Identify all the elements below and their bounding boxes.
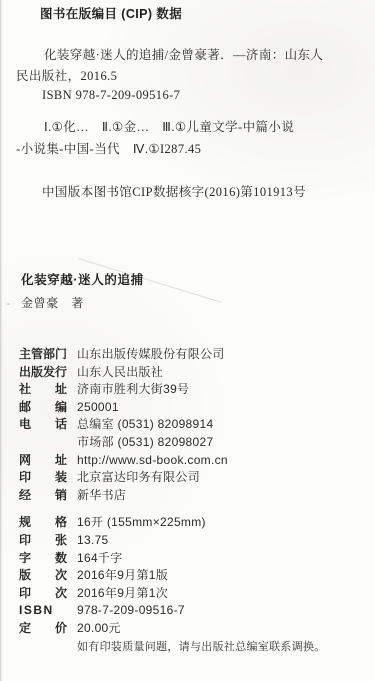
colophon-row-label: 规格 — [19, 514, 67, 532]
cip-isbn-line: ISBN 978-7-209-09516-7 — [42, 88, 180, 103]
colophon-row: 印张 13.75 — [19, 532, 364, 550]
colophon-row-label: 版次 — [19, 567, 67, 585]
print-spec-block: 规格 16开 (155mm×225mm) 印张 13.75 字数 164千字 版… — [19, 514, 364, 637]
cip-record-line1: 化装穿越·迷人的追捕/金曾豪著．—济南：山东人 — [44, 48, 323, 63]
colophon-row-label: 经销 — [19, 487, 67, 505]
scan-speck-artifact — [7, 303, 10, 305]
colophon-row-value: http://www.sd-book.com.cn — [77, 452, 228, 470]
colophon-row-label: 主管部门 — [19, 346, 67, 364]
colophon-row-label: 网址 — [19, 452, 67, 470]
colophon-row: 印装 北京富达印务有限公司 — [19, 469, 364, 487]
colophon-row-value: 山东人民出版社 — [77, 364, 163, 382]
colophon-row-label: 印张 — [19, 532, 67, 550]
colophon-row: 出版发行 山东人民出版社 — [19, 364, 364, 382]
colophon-row-label: 邮编 — [19, 399, 67, 417]
colophon-row: 市场部 (0531) 82098027 — [19, 434, 364, 452]
colophon-row-label: 出版发行 — [19, 364, 67, 382]
colophon-row-value: 山东出版传媒股份有限公司 — [77, 346, 225, 364]
colophon-row-label: 电话 — [19, 416, 67, 434]
colophon-row: ISBN 978-7-209-09516-7 — [19, 602, 364, 620]
colophon-row-value: 20.00元 — [77, 620, 121, 638]
colophon-row: 电话 总编室 (0531) 82098914 — [19, 416, 364, 434]
cip-classification-line2: -小说集-中国-当代 Ⅳ.①I287.45 — [16, 142, 201, 157]
colophon-row-label: 字数 — [19, 550, 67, 568]
colophon-row: 邮编 250001 — [19, 399, 364, 417]
publisher-block: 主管部门 山东出版传媒股份有限公司 出版发行 山东人民出版社 社址 济南市胜利大… — [19, 346, 364, 504]
colophon-row-value: 2016年9月第1版 — [77, 567, 168, 585]
colophon-row-value: 164千字 — [77, 550, 123, 568]
colophon-row-value: 250001 — [77, 399, 119, 417]
colophon: 主管部门 山东出版传媒股份有限公司 出版发行 山东人民出版社 社址 济南市胜利大… — [19, 346, 364, 638]
colophon-row: 版次 2016年9月第1版 — [19, 567, 364, 585]
colophon-row: 社址 济南市胜利大街39号 — [19, 381, 364, 399]
colophon-row-value: 总编室 (0531) 82098914 — [77, 416, 213, 434]
colophon-row-value: 北京富达印务有限公司 — [77, 469, 200, 487]
colophon-row: 定价 20.00元 — [19, 620, 364, 638]
colophon-row-label: 印装 — [19, 469, 67, 487]
book-title: 化装穿越·迷人的追捕 — [21, 270, 144, 288]
cip-registry-number: 中国版本图书馆CIP数据核字(2016)第101913号 — [42, 185, 306, 200]
print-quality-note: 如有印装质量问题，请与出版社总编室联系调换。 — [77, 638, 326, 654]
scan-edge-artifact — [0, 0, 3, 681]
colophon-row: 印次 2016年9月第1次 — [19, 585, 364, 603]
cip-header: 图书在版编目 (CIP) 数据 — [40, 7, 182, 22]
colophon-row-value: 济南市胜利大街39号 — [77, 381, 189, 399]
colophon-row-label: 社址 — [19, 381, 67, 399]
colophon-row: 字数 164千字 — [19, 550, 364, 568]
colophon-row-value: 978-7-209-09516-7 — [77, 602, 185, 620]
colophon-row-value: 13.75 — [77, 532, 109, 550]
colophon-row-label: ISBN — [19, 602, 67, 620]
colophon-row-label: 印次 — [19, 585, 67, 603]
colophon-row: 规格 16开 (155mm×225mm) — [19, 514, 364, 532]
colophon-row: 主管部门 山东出版传媒股份有限公司 — [19, 346, 364, 364]
colophon-row-value: 市场部 (0531) 82098027 — [77, 434, 213, 452]
colophon-row-label: 定价 — [19, 620, 67, 638]
cip-classification-line1: Ⅰ.①化… Ⅱ.①金… Ⅲ.①儿童文学-中篇小说 — [44, 120, 294, 135]
colophon-row: 网址 http://www.sd-book.com.cn — [19, 452, 364, 470]
colophon-row: 经销 新华书店 — [19, 487, 364, 505]
colophon-row-value: 新华书店 — [77, 487, 126, 505]
colophon-row-value: 2016年9月第1次 — [77, 585, 168, 603]
colophon-row-label — [19, 434, 67, 452]
copyright-page: 图书在版编目 (CIP) 数据 化装穿越·迷人的追捕/金曾豪著．—济南：山东人 … — [0, 0, 375, 681]
cip-record-line2: 民出版社，2016.5 — [16, 69, 117, 84]
book-author: 金曾豪 著 — [21, 294, 84, 311]
colophon-row-value: 16开 (155mm×225mm) — [77, 514, 206, 532]
